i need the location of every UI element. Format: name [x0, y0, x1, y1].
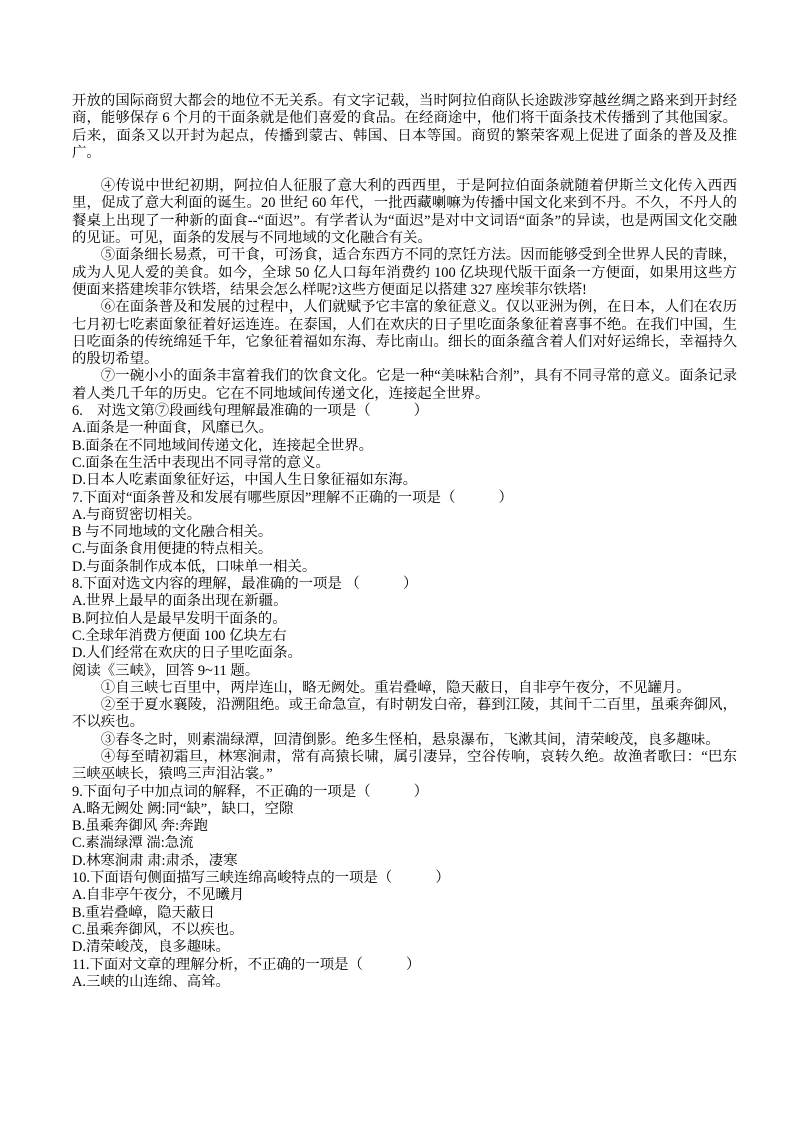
question-9-option-d: D.林寒涧肃 肃:肃杀，凄寒	[72, 853, 737, 870]
question-9-stem: 9.下面句子中加点词的解释，不正确的一项是（ ）	[72, 784, 737, 801]
noodle-passage-para-5: ⑤面条细长易煮，可干食，可汤食，适合东西方不同的烹饪方法。因而能够受到全世界人民…	[72, 247, 737, 299]
noodle-passage-continuation: 开放的国际商贸大都会的地位不无关系。有文字记载，当时阿拉伯商队长途跋涉穿越丝绸之…	[72, 93, 737, 162]
question-6-stem: 6. 对选文第⑦段画线句理解最准确的一项是（ ）	[72, 403, 737, 420]
question-10-option-c: C.虽乘奔御风，不以疾也。	[72, 922, 737, 939]
question-6-option-b: B.面条在不同地域间传递文化，连接起全世界。	[72, 438, 737, 455]
question-7-option-c: C.与面条食用便捷的特点相关。	[72, 541, 737, 558]
blank-line	[72, 162, 737, 178]
noodle-passage-para-7: ⑦一碗小小的面条丰富着我们的饮食文化。它是一种“美味粘合剂”，具有不同寻常的意义…	[72, 368, 737, 403]
question-10-option-a: A.自非亭午夜分，不见曦月	[72, 887, 737, 904]
question-6-option-a: A.面条是一种面食，风靡已久。	[72, 420, 737, 437]
question-11-stem: 11.下面对文章的理解分析，不正确的一项是（ ）	[72, 957, 737, 974]
exam-page: 开放的国际商贸大都会的地位不无关系。有文字记载，当时阿拉伯商队长途跋涉穿越丝绸之…	[0, 0, 794, 1123]
exam-page-content: 开放的国际商贸大都会的地位不无关系。有文字记载，当时阿拉伯商队长途跋涉穿越丝绸之…	[72, 93, 737, 991]
question-10-stem: 10.下面语句侧面描写三峡连绵高峻特点的一项是（ ）	[72, 870, 737, 887]
noodle-passage-para-6: ⑥在面条普及和发展的过程中，人们就赋予它丰富的象征意义。仅以亚洲为例，在日本，人…	[72, 299, 737, 368]
question-9-option-c: C.素湍绿潭 湍:急流	[72, 835, 737, 852]
question-11-option-a: A.三峡的山连绵、高耸。	[72, 974, 737, 991]
question-6-option-d: D.日本人吃素面象征好运，中国人生日象征福如东海。	[72, 472, 737, 489]
question-9-option-b: B.虽乘奔御风 奔:奔跑	[72, 818, 737, 835]
question-8-option-a: A.世界上最早的面条出现在新疆。	[72, 593, 737, 610]
question-7-option-d: D.与面条制作成本低，口味单一相关。	[72, 559, 737, 576]
question-8-option-c: C.全球年消费方便面 100 亿块左右	[72, 628, 737, 645]
question-10-option-d: D.清荣峻茂，良多趣味。	[72, 939, 737, 956]
question-7-option-a: A.与商贸密切相关。	[72, 507, 737, 524]
question-6-option-c: C.面条在生活中表现出不同寻常的意义。	[72, 455, 737, 472]
question-8-stem: 8.下面对选文内容的理解，最准确的一项是 （ ）	[72, 576, 737, 593]
sanxia-reading-instruction: 阅读《三峡》，回答 9~11 题。	[72, 663, 737, 680]
sanxia-para-1: ①自三峡七百里中，两岸连山，略无阙处。重岩叠嶂，隐天蔽日，自非亭午夜分，不见罐月…	[72, 680, 737, 697]
question-8-option-b: B.阿拉伯人是最早发明干面条的。	[72, 611, 737, 628]
sanxia-para-2: ②至于夏水襄陵，沿溯阻绝。或王命急宣，有时朝发白帝，暮到江陵，其间千二百里，虽乘…	[72, 697, 737, 732]
sanxia-para-3: ③春冬之时，则素湍绿潭，回清倒影。绝多生怪柏，悬泉瀑布，飞漱其间，清荣峻茂，良多…	[72, 732, 737, 749]
question-8-option-d: D.人们经常在欢庆的日子里吃面条。	[72, 645, 737, 662]
noodle-passage-para-4: ④传说中世纪初期，阿拉伯人征服了意大利的西西里，于是阿拉伯面条就随着伊斯兰文化传…	[72, 178, 737, 247]
question-7-option-b: B 与不同地域的文化融合相关。	[72, 524, 737, 541]
sanxia-para-4: ④每至晴初霜旦，林寒涧肃，常有高猿长啸，属引凄异，空谷传响，哀转久绝。故渔者歌曰…	[72, 749, 737, 784]
question-9-option-a: A.略无阙处 阙:同“缺”，缺口，空隙	[72, 801, 737, 818]
question-10-option-b: B.重岩叠嶂，隐天蔽日	[72, 905, 737, 922]
question-7-stem: 7.下面对“面条普及和发展有哪些原因”理解不正确的一项是（ ）	[72, 490, 737, 507]
